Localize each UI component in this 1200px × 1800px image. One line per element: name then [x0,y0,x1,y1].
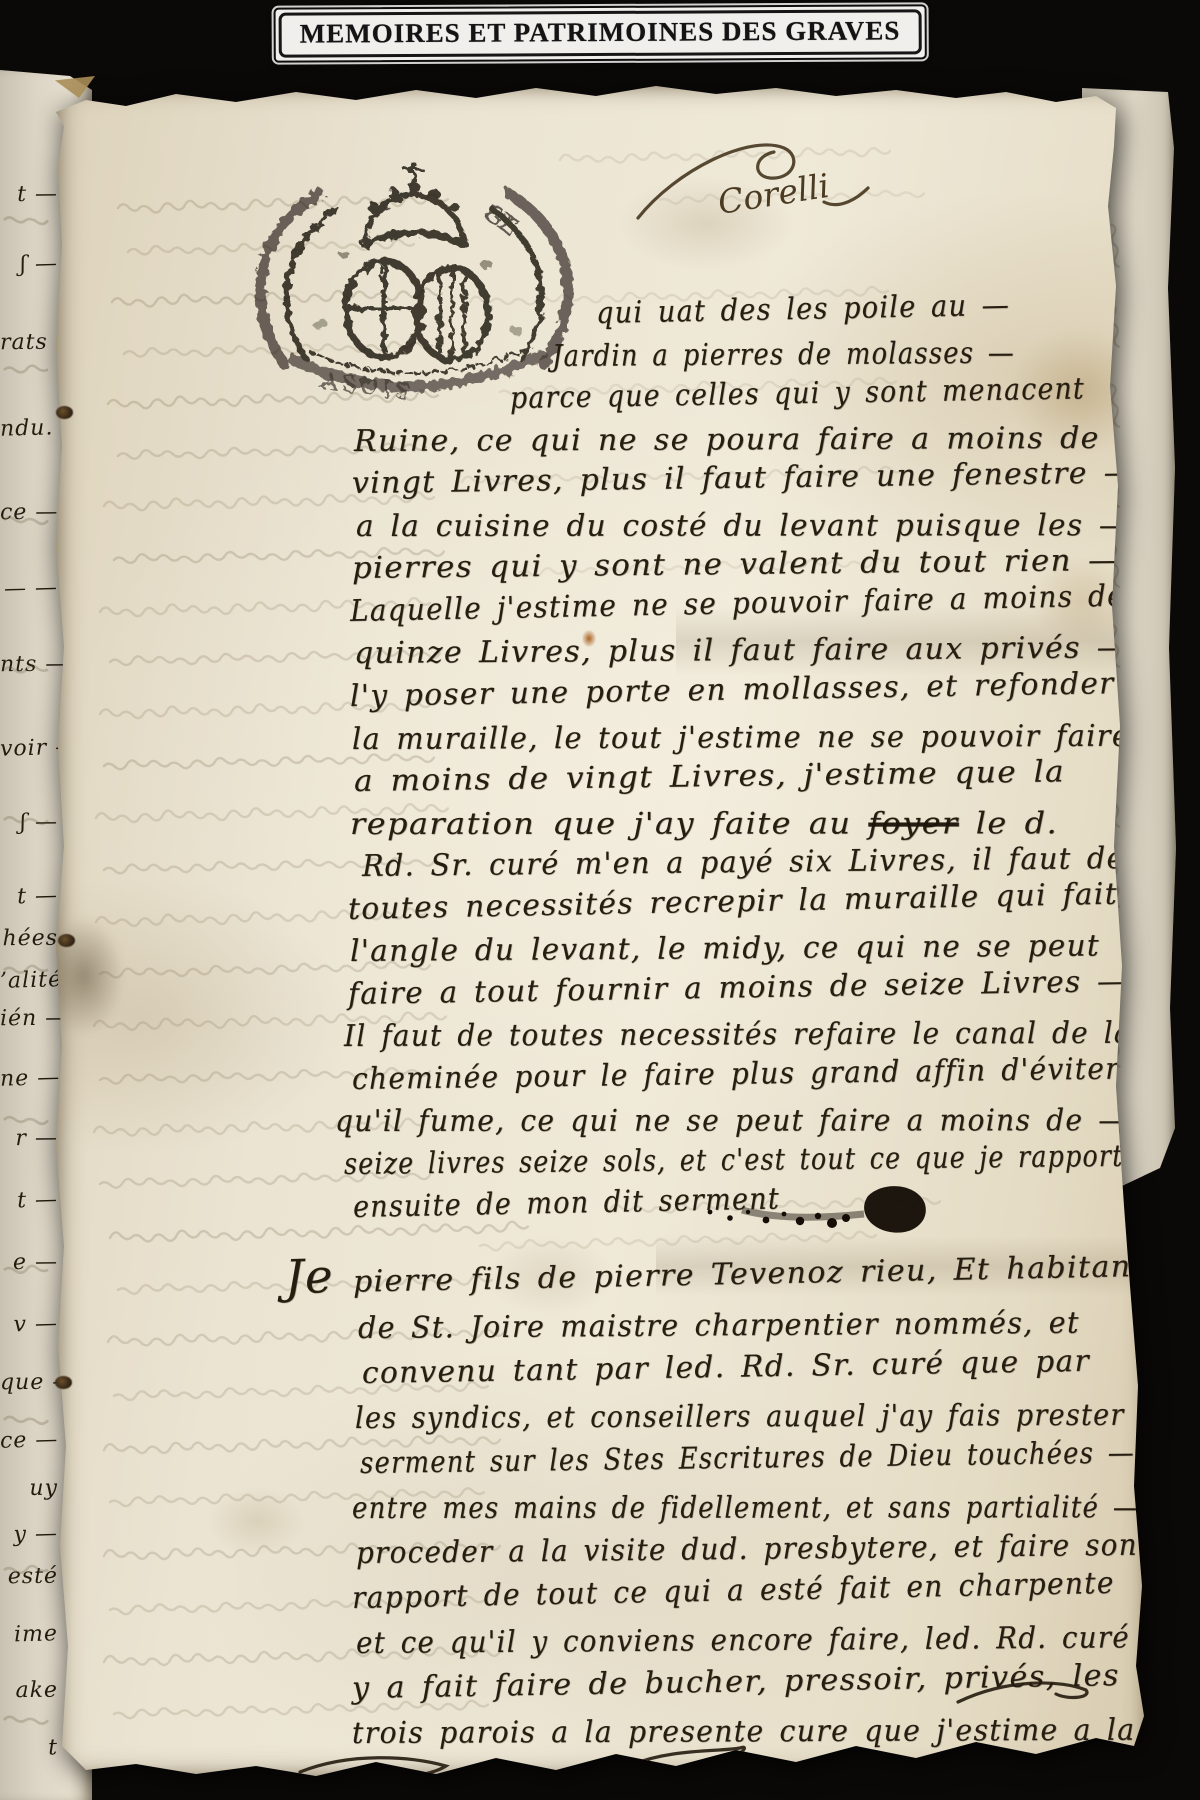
binding-stitch [55,1376,72,1389]
banner-frame: MEMOIRES ET PATRIMOINES DES GRAVES [279,9,922,57]
manuscript-line: vingt Livres, plus il faut faire une fen… [352,455,1135,501]
manuscript-line: l'y poser une porte en mollasses, et ref… [350,666,1115,714]
foxing-spot [206,1486,306,1556]
binding-stitch [58,934,75,947]
manuscript-line: serment sur les Stes Escritures de Dieu … [360,1435,1135,1481]
manuscript-line: l'angle du levant, le midy, ce qui ne se… [350,929,1100,969]
notary-signature: Corelli [628,126,878,236]
manuscript-line: les syndics, et conseillers auquel j'ay … [355,1398,1125,1436]
ink-blot [864,1186,926,1233]
struck-word: foyer [868,806,959,841]
manuscript-line: y a fait faire de bucher, pressoir, priv… [352,1658,1120,1706]
manuscript-line: de St. Joire maistre charpentier nommés,… [358,1306,1080,1346]
paper-stain [616,176,796,271]
manuscript-page: GE ASOIS Corelli qui uat des les poile a… [56,86,1148,1776]
drop-initial: Je [284,1249,334,1304]
manuscript-line: qu'il fume, ce qui ne se peut faire a mo… [335,1103,1128,1139]
manuscript-line: parce que celles qui y sont menacent [510,371,1085,416]
manuscript-line: cheminée pour le faire plus grand affin … [352,1052,1120,1097]
manuscript-line: a la cuisine du costé du levant puisque … [356,508,1130,544]
gutter-smudge [44,916,124,1036]
generalite-stamp-icon: GE ASOIS [224,124,604,414]
manuscript-line: a moins de vingt Livres, j'estime que la [354,754,1065,799]
stamp-letters: GE [479,197,524,241]
banner-title: MEMOIRES ET PATRIMOINES DES GRAVES [300,15,901,48]
manuscript-line: quinze Livres, plus il faut faire aux pr… [354,630,1128,671]
manuscript-line: la muraille, le tout j'estime ne se pouv… [352,719,1130,757]
manuscript-line: Jardin a pierres de molasses — [552,336,1015,374]
manuscript-line: proceder a la visite dud. presbytere, et… [356,1528,1138,1571]
archive-manuscript-photo: MEMOIRES ET PATRIMOINES DES GRAVES t —ʃ … [0,0,1200,1800]
manuscript-line: seize livres seize sols, et c'est tout c… [344,1139,1140,1182]
collection-banner: MEMOIRES ET PATRIMOINES DES GRAVES [274,4,927,62]
manuscript-line: Laquelle j'estime ne se pouvoir faire a … [350,579,1126,629]
manuscript-line: convenu tant par led. Rd. Sr. curé que p… [362,1344,1091,1391]
paraph-flourish [628,1747,744,1766]
manuscript-line: trois parois a la presente cure que j'es… [352,1713,1136,1751]
manuscript-line: Rd. Sr. curé m'en a payé six Livres, il … [362,841,1125,884]
manuscript-line: rapport de tout ce qui a esté fait en ch… [352,1566,1115,1616]
signature-text: Corelli [715,166,832,222]
manuscript-line: qui uat des les poile au — [596,288,1011,331]
stamp-letters: ASOIS [319,368,416,405]
manuscript-line: toutes necessités recrepir la muraille q… [348,877,1119,927]
manuscript-line: faire a tout fournir a moins de seize Li… [348,964,1128,1012]
manuscript-line: et ce qu'il y conviens encore faire, led… [356,1620,1130,1661]
binding-stitch [56,406,73,419]
manuscript-line: Je pierre fils de pierre Tevenoz rieu, E… [285,1249,1146,1301]
manuscript-line: Ruine, ce qui ne se poura faire a moins … [354,421,1100,459]
manuscript-line: pierres qui y sont ne valent du tout rie… [352,543,1121,586]
page-shadow-wrap: GE ASOIS Corelli qui uat des les poile a… [0,0,1200,1800]
manuscript-line: entre mes mains de fidellement, et sans … [352,1490,1140,1526]
paraph-flourish [300,1758,446,1776]
manuscript-line: ensuite de mon dit serment [353,1182,781,1225]
manuscript-line: Il faut de toutes necessités refaire le … [344,1016,1132,1054]
manuscript-line: reparation que j'ay faite au foyer le d. [350,806,1058,842]
